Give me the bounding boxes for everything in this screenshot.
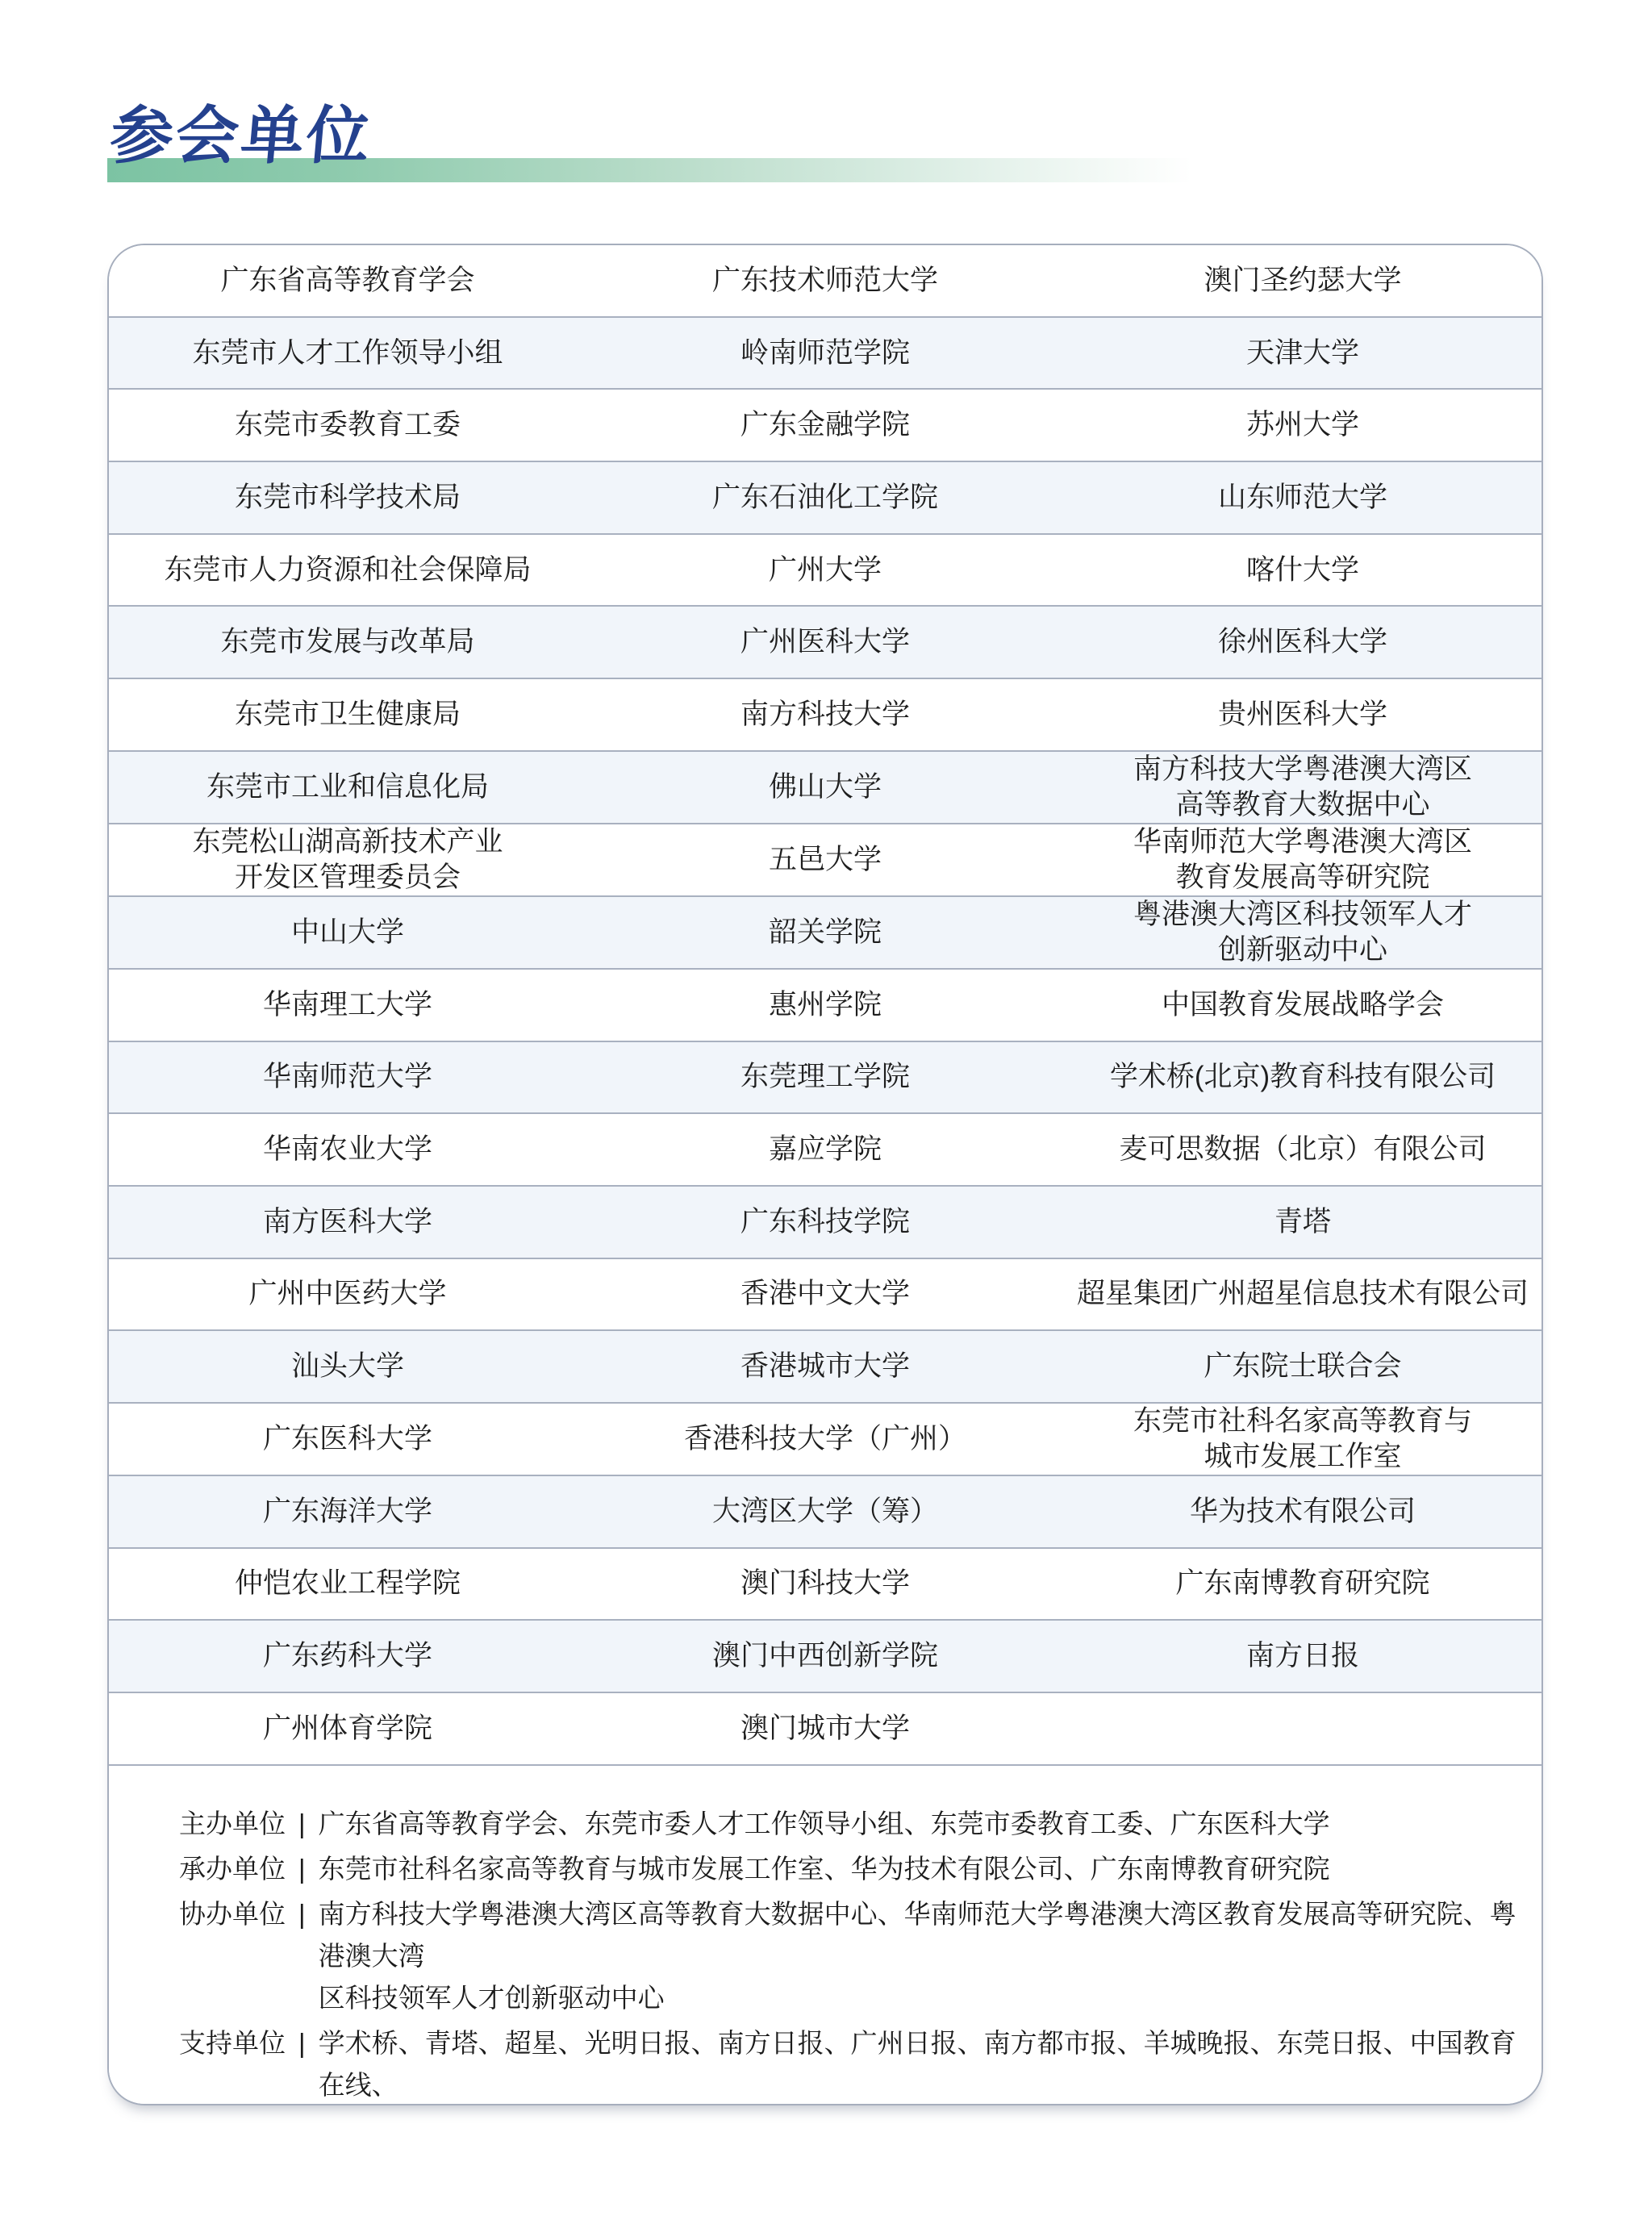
table-row: 中山大学韶关学院粤港澳大湾区科技领军人才 创新驱动中心 (109, 897, 1541, 970)
org-cell: 南方科技大学 (586, 697, 1064, 732)
org-cell: 东莞市工业和信息化局 (109, 770, 586, 805)
org-cell: 苏州大学 (1064, 407, 1541, 443)
table-row: 华南师范大学东莞理工学院学术桥(北京)教育科技有限公司 (109, 1042, 1541, 1115)
org-cell: 广东金融学院 (586, 407, 1064, 443)
org-cell: 广东药科大学 (109, 1638, 586, 1674)
table-row: 广州中医药大学香港中文大学超星集团广州超星信息技术有限公司 (109, 1259, 1541, 1332)
brochure-page: { "header": { "title": "参会单位" }, "table"… (0, 0, 1652, 2220)
table-row: 广东省高等教育学会广东技术师范大学澳门圣约瑟大学 (109, 245, 1541, 318)
org-cell: 华南农业大学 (109, 1132, 586, 1167)
organizer-list: 学术桥、青塔、超星、光明日报、南方日报、广州日报、南方都市报、羊城晚报、东莞日报… (319, 2022, 1521, 2105)
organizer-role-label: 协办单位 (179, 1893, 286, 1935)
org-cell: 惠州学院 (586, 987, 1064, 1023)
org-cell: 贵州医科大学 (1064, 697, 1541, 732)
organizer-list: 广东省高等教育学会、东莞市委人才工作领导小组、东莞市委教育工委、广东医科大学 (319, 1803, 1521, 1845)
org-cell: 麦可思数据（北京）有限公司 (1064, 1132, 1541, 1167)
org-cell: 东莞市科学技术局 (109, 480, 586, 515)
table-row: 东莞市发展与改革局广州医科大学徐州医科大学 (109, 607, 1541, 679)
org-cell: 华南师范大学 (109, 1059, 586, 1095)
organizer-row-host: 主办单位 | 广东省高等教育学会、东莞市委人才工作领导小组、东莞市委教育工委、广… (179, 1803, 1521, 1845)
org-cell: 香港科技大学（广州） (586, 1421, 1064, 1457)
org-cell: 澳门城市大学 (586, 1711, 1064, 1746)
table-row: 东莞市人才工作领导小组岭南师范学院天津大学 (109, 318, 1541, 390)
table-row: 广东海洋大学大湾区大学（筹）华为技术有限公司 (109, 1476, 1541, 1549)
org-cell: 汕头大学 (109, 1349, 586, 1384)
org-cell: 澳门圣约瑟大学 (1064, 263, 1541, 298)
org-cell: 广州医科大学 (586, 624, 1064, 660)
org-cell: 南方科技大学粤港澳大湾区 高等教育大数据中心 (1064, 752, 1541, 823)
org-cell: 岭南师范学院 (586, 336, 1064, 371)
table-row: 东莞市委教育工委广东金融学院苏州大学 (109, 390, 1541, 462)
org-cell: 香港城市大学 (586, 1349, 1064, 1384)
org-cell: 东莞市人才工作领导小组 (109, 336, 586, 371)
org-cell: 香港中文大学 (586, 1276, 1064, 1312)
org-cell: 韶关学院 (586, 915, 1064, 950)
org-cell: 澳门科技大学 (586, 1566, 1064, 1601)
table-row: 广州体育学院澳门城市大学 (109, 1693, 1541, 1766)
table-row: 广东医科大学香港科技大学（广州）东莞市社科名家高等教育与 城市发展工作室 (109, 1404, 1541, 1476)
org-cell: 南方医科大学 (109, 1204, 586, 1240)
org-cell: 粤港澳大湾区科技领军人才 创新驱动中心 (1064, 897, 1541, 968)
org-cell: 徐州医科大学 (1064, 624, 1541, 660)
org-cell: 华为技术有限公司 (1064, 1494, 1541, 1529)
org-cell: 华南师范大学粤港澳大湾区 教育发展高等研究院 (1064, 824, 1541, 895)
org-cell: 天津大学 (1064, 336, 1541, 371)
pipe-separator: | (298, 2022, 306, 2064)
org-cell: 大湾区大学（筹） (586, 1494, 1064, 1529)
org-cell: 中山大学 (109, 915, 586, 950)
participants-card: 广东省高等教育学会广东技术师范大学澳门圣约瑟大学 东莞市人才工作领导小组岭南师范… (107, 244, 1543, 2105)
org-cell: 广东石油化工学院 (586, 480, 1064, 515)
org-cell: 学术桥(北京)教育科技有限公司 (1064, 1059, 1541, 1095)
org-cell: 青塔 (1064, 1204, 1541, 1240)
org-cell: 广州大学 (586, 553, 1064, 588)
org-cell: 东莞市人力资源和社会保障局 (109, 553, 586, 588)
pipe-separator: | (298, 1803, 306, 1845)
org-cell: 广州中医药大学 (109, 1276, 586, 1312)
org-cell: 南方日报 (1064, 1638, 1541, 1674)
org-cell: 中国教育发展战略学会 (1064, 987, 1541, 1023)
org-cell: 澳门中西创新学院 (586, 1638, 1064, 1674)
organizer-list: 东莞市社科名家高等教育与城市发展工作室、华为技术有限公司、广东南博教育研究院 (319, 1848, 1521, 1890)
organizer-list: 南方科技大学粤港澳大湾区高等教育大数据中心、华南师范大学粤港澳大湾区教育发展高等… (319, 1893, 1521, 2019)
org-cell: 广东海洋大学 (109, 1494, 586, 1529)
org-cell: 东莞市委教育工委 (109, 407, 586, 443)
table-row: 东莞市科学技术局广东石油化工学院山东师范大学 (109, 462, 1541, 535)
org-cell: 广东科技学院 (586, 1204, 1064, 1240)
org-cell: 东莞松山湖高新技术产业 开发区管理委员会 (109, 824, 586, 895)
table-row: 东莞市工业和信息化局佛山大学南方科技大学粤港澳大湾区 高等教育大数据中心 (109, 752, 1541, 824)
organizer-role-label: 承办单位 (179, 1848, 286, 1890)
table-row: 仲恺农业工程学院澳门科技大学广东南博教育研究院 (109, 1549, 1541, 1621)
table-row: 南方医科大学广东科技学院青塔 (109, 1187, 1541, 1259)
org-cell: 华南理工大学 (109, 987, 586, 1023)
org-cell: 仲恺农业工程学院 (109, 1566, 586, 1601)
org-cell: 广东南博教育研究院 (1064, 1566, 1541, 1601)
org-cell: 喀什大学 (1064, 553, 1541, 588)
table-row: 东莞松山湖高新技术产业 开发区管理委员会五邑大学华南师范大学粤港澳大湾区 教育发… (109, 824, 1541, 897)
pipe-separator: | (298, 1893, 306, 1935)
pipe-separator: | (298, 1848, 306, 1890)
org-cell: 东莞市发展与改革局 (109, 624, 586, 660)
organizers-section: 主办单位 | 广东省高等教育学会、东莞市委人才工作领导小组、东莞市委教育工委、广… (109, 1766, 1541, 2105)
org-cell: 超星集团广州超星信息技术有限公司 (1064, 1276, 1541, 1312)
org-cell: 广东省高等教育学会 (109, 263, 586, 298)
organizer-row-undertaker: 承办单位 | 东莞市社科名家高等教育与城市发展工作室、华为技术有限公司、广东南博… (179, 1848, 1521, 1890)
org-cell: 嘉应学院 (586, 1132, 1064, 1167)
table-row: 东莞市卫生健康局南方科技大学贵州医科大学 (109, 679, 1541, 752)
org-cell: 佛山大学 (586, 770, 1064, 805)
org-cell: 广东医科大学 (109, 1421, 586, 1457)
org-cell: 广东院士联合会 (1064, 1349, 1541, 1384)
organizer-row-supporter: 支持单位 | 学术桥、青塔、超星、光明日报、南方日报、广州日报、南方都市报、羊城… (179, 2022, 1521, 2105)
org-cell: 五邑大学 (586, 842, 1064, 878)
table-row: 广东药科大学澳门中西创新学院南方日报 (109, 1621, 1541, 1693)
organizer-role-label: 主办单位 (179, 1803, 286, 1845)
table-row: 华南农业大学嘉应学院麦可思数据（北京）有限公司 (109, 1114, 1541, 1187)
participants-table: 广东省高等教育学会广东技术师范大学澳门圣约瑟大学 东莞市人才工作领导小组岭南师范… (109, 245, 1541, 1766)
table-row: 汕头大学香港城市大学广东院士联合会 (109, 1331, 1541, 1404)
org-cell: 山东师范大学 (1064, 480, 1541, 515)
org-cell: 东莞理工学院 (586, 1059, 1064, 1095)
org-cell: 广东技术师范大学 (586, 263, 1064, 298)
org-cell: 东莞市卫生健康局 (109, 697, 586, 732)
table-row: 东莞市人力资源和社会保障局广州大学喀什大学 (109, 535, 1541, 607)
table-row: 华南理工大学惠州学院中国教育发展战略学会 (109, 970, 1541, 1042)
org-cell: 东莞市社科名家高等教育与 城市发展工作室 (1064, 1404, 1541, 1475)
organizer-row-coorganizer: 协办单位 | 南方科技大学粤港澳大湾区高等教育大数据中心、华南师范大学粤港澳大湾… (179, 1893, 1521, 2019)
page-title: 参会单位 (107, 102, 375, 171)
org-cell: 广州体育学院 (109, 1711, 586, 1746)
organizer-role-label: 支持单位 (179, 2022, 286, 2064)
